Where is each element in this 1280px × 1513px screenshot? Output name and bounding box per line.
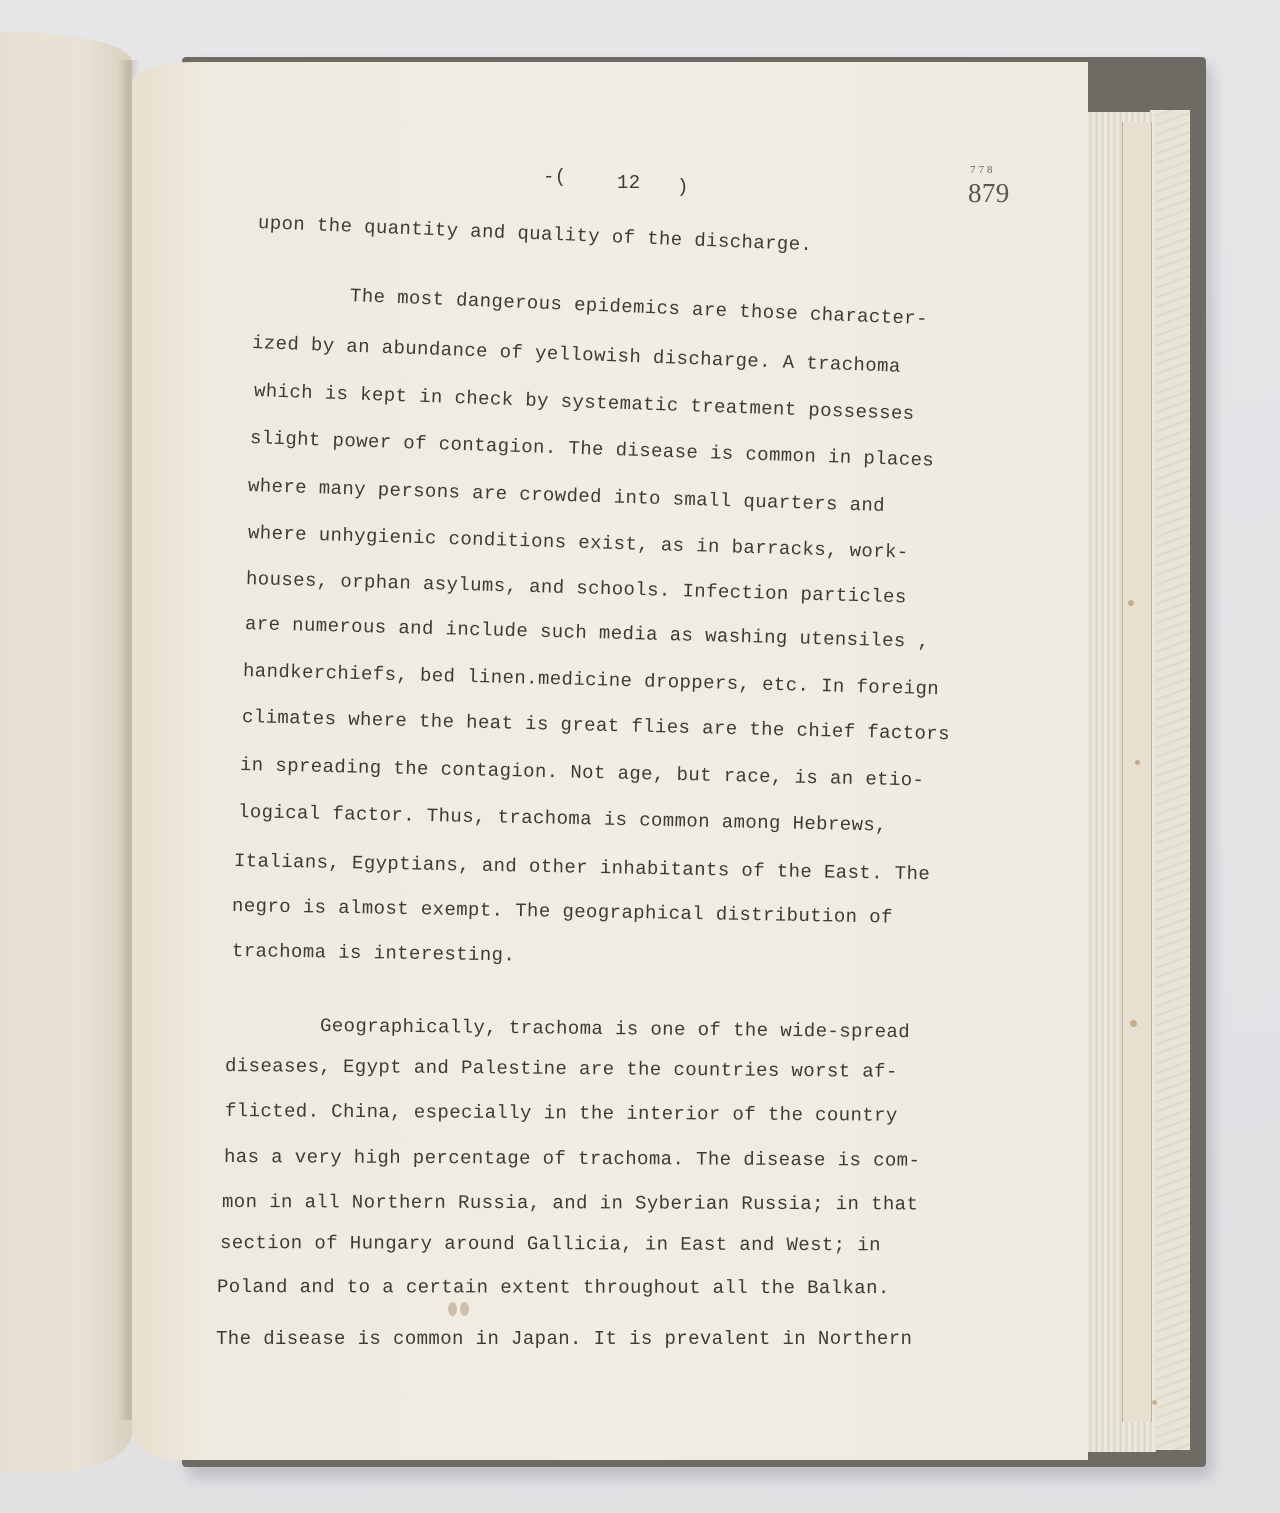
text-line: trachoma is interesting. [232, 940, 516, 966]
text-line: Poland and to a certain extent throughou… [217, 1276, 890, 1299]
ink-stain [448, 1302, 457, 1316]
text-line: where many persons are crowded into smal… [248, 475, 886, 517]
text-line: flicted. China, especially in the interi… [225, 1100, 898, 1127]
text-line: The most dangerous epidemics are those c… [350, 285, 929, 330]
typed-text: -( 12 ) 778 879 upon the quantity and qu… [0, 0, 1280, 1513]
text-line: has a very high percentage of trachoma. … [224, 1146, 920, 1172]
text-line: slight power of contagion. The disease i… [250, 427, 935, 472]
text-line: diseases, Egypt and Palestine are the co… [225, 1055, 898, 1083]
text-line: negro is almost exempt. The geographical… [232, 895, 893, 929]
page-header-open: -( [543, 166, 567, 188]
text-line: upon the quantity and quality of the dis… [258, 212, 813, 256]
page-number: 12 [617, 172, 641, 194]
text-line: are numerous and include such media as w… [245, 613, 930, 653]
text-line: section of Hungary around Gallicia, in E… [220, 1232, 881, 1256]
text-line: logical factor. Thus, trachoma is common… [238, 801, 887, 837]
ink-stain [460, 1302, 469, 1316]
folio-number: 879 [968, 178, 1010, 209]
page-header-close: ) [677, 176, 689, 198]
text-line: Geographically, trachoma is one of the w… [320, 1015, 910, 1043]
text-line: where unhygienic conditions exist, as in… [248, 522, 909, 564]
text-line: The disease is common in Japan. It is pr… [216, 1328, 912, 1350]
text-line: mon in all Northern Russia, and in Syber… [222, 1191, 918, 1215]
text-line: houses, orphan asylums, and schools. Inf… [246, 568, 907, 608]
text-line: handkerchiefs, bed linen.medicine droppe… [243, 660, 940, 700]
text-line: which is kept in check by systematic tre… [254, 380, 915, 425]
text-line: Italians, Egyptians, and other inhabitan… [234, 850, 931, 885]
text-line: in spreading the contagion. Not age, but… [240, 754, 925, 792]
text-line: ized by an abundance of yellowish discha… [252, 332, 901, 378]
folio-correction: 778 [970, 164, 996, 176]
text-line: climates where the heat is great flies a… [242, 706, 950, 745]
